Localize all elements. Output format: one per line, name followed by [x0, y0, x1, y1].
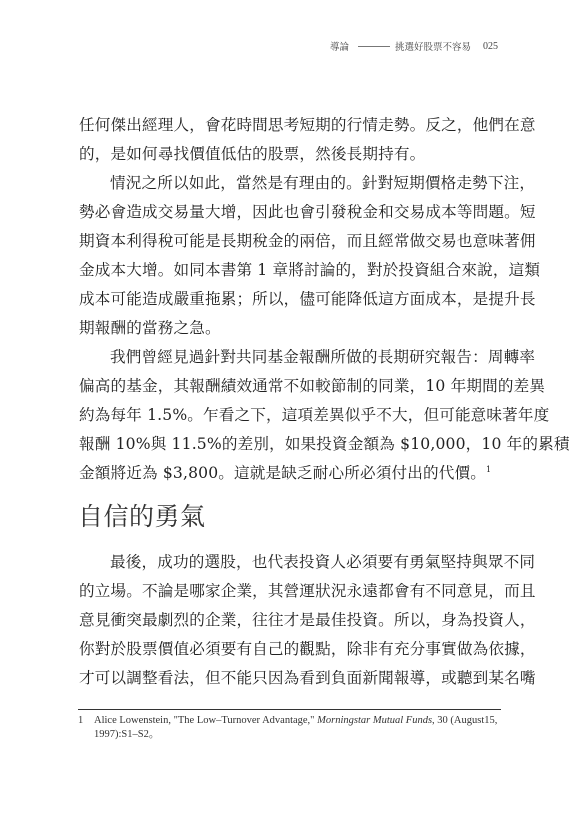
running-head-chapter: 導論	[330, 39, 349, 53]
text-line: 勢必會造成交易量大增，因此也會引發稅金和交易成本等問題。短	[79, 198, 503, 227]
text-line: 的立場。不論是哪家企業，其營運狀況永遠都會有不同意見，而且	[79, 577, 503, 606]
text-line-content: 期報酬的當務之急。	[79, 319, 221, 337]
text-line: 我們曾經見過針對共同基金報酬所做的長期研究報告：周轉率	[79, 343, 503, 372]
text-line-content: 情況之所以如此，當然是有理由的。針對短期價格走勢下注，	[110, 174, 535, 192]
footnote-line-1: 1Alice Lowenstein, "The Low–Turnover Adv…	[78, 714, 502, 728]
text-line: 金成本大增。如同本書第 1 章將討論的，對於投資組合來說，這類	[79, 256, 503, 285]
text-line-content: 任何傑出經理人，會花時間思考短期的行情走勢。反之，他們在意	[79, 116, 536, 134]
text-line-content: 的，是如何尋找價值低估的股票，然後長期持有。	[79, 145, 425, 163]
text-line-content: 你對於股票價值必須要有自己的觀點，除非有充分事實做為依據，	[79, 640, 536, 658]
text-line: 的，是如何尋找價值低估的股票，然後長期持有。	[79, 140, 503, 169]
running-head-dash	[358, 46, 390, 47]
running-head: 導論 挑選好股票不容易 025	[330, 38, 530, 54]
text-line-content: 約為每年 1.5%。乍看之下，這項差異似乎不大，但可能意味著年度	[79, 406, 549, 424]
footnote-text-after: , 30 (August15,	[432, 715, 497, 726]
text-line-content: 報酬 10%與 11.5%的差別，如果投資金額為 $10,000，10 年的累積	[79, 435, 570, 453]
footnote: 1Alice Lowenstein, "The Low–Turnover Adv…	[78, 714, 502, 742]
text-line: 期報酬的當務之急。	[79, 314, 503, 343]
footnote-divider	[78, 709, 501, 710]
footnote-reference[interactable]: 1	[486, 465, 491, 474]
text-line-content: 最後，成功的選股，也代表投資人必須要有勇氣堅持與眾不同	[110, 553, 535, 571]
text-line: 成本可能造成嚴重拖累；所以，儘可能降低這方面成本，是提升長	[79, 285, 503, 314]
section-heading: 自信的勇氣	[78, 497, 206, 533]
running-head-title: 挑選好股票不容易	[395, 39, 471, 53]
text-line-content: 成本可能造成嚴重拖累；所以，儘可能降低這方面成本，是提升長	[79, 290, 536, 308]
text-line: 偏高的基金，其報酬績效通常不如較節制的同業，10 年期間的差異	[79, 372, 503, 401]
text-line: 任何傑出經理人，會花時間思考短期的行情走勢。反之，他們在意	[79, 111, 503, 140]
text-line-content: 金額將近為 $3,800。這就是缺乏耐心所必須付出的代價。	[79, 464, 486, 482]
text-line: 金額將近為 $3,800。這就是缺乏耐心所必須付出的代價。1	[79, 459, 503, 488]
text-line-content: 金成本大增。如同本書第 1 章將討論的，對於投資組合來說，這類	[79, 261, 540, 279]
text-line: 你對於股票價值必須要有自己的觀點，除非有充分事實做為依據，	[79, 635, 503, 664]
text-line-content: 我們曾經見過針對共同基金報酬所做的長期研究報告：周轉率	[110, 348, 535, 366]
text-line: 報酬 10%與 11.5%的差別，如果投資金額為 $10,000，10 年的累積	[79, 430, 503, 459]
body-text-bottom: 最後，成功的選股，也代表投資人必須要有勇氣堅持與眾不同的立場。不論是哪家企業，其…	[79, 548, 503, 693]
text-line: 期資本利得稅可能是長期稅金的兩倍，而且經常做交易也意味著佣	[79, 227, 503, 256]
text-line-content: 才可以調整看法，但不能只因為看到負面新聞報導，或聽到某名嘴	[79, 669, 536, 687]
text-line-content: 期資本利得稅可能是長期稅金的兩倍，而且經常做交易也意味著佣	[79, 232, 536, 250]
text-line-content: 勢必會造成交易量大增，因此也會引發稅金和交易成本等問題。短	[79, 203, 536, 221]
text-line-content: 的立場。不論是哪家企業，其營運狀況永遠都會有不同意見，而且	[79, 582, 536, 600]
text-line-content: 意見衝突最劇烈的企業，往往才是最佳投資。所以，身為投資人，	[79, 611, 536, 629]
text-line: 情況之所以如此，當然是有理由的。針對短期價格走勢下注，	[79, 169, 503, 198]
footnote-number: 1	[78, 714, 94, 728]
page-number: 025	[483, 41, 498, 52]
text-line-content: 偏高的基金，其報酬績效通常不如較節制的同業，10 年期間的差異	[79, 377, 545, 395]
text-line: 意見衝突最劇烈的企業，往往才是最佳投資。所以，身為投資人，	[79, 606, 503, 635]
footnote-text: Alice Lowenstein, "The Low–Turnover Adva…	[94, 715, 317, 726]
text-line: 約為每年 1.5%。乍看之下，這項差異似乎不大，但可能意味著年度	[79, 401, 503, 430]
footnote-line-2: 1997):S1–S2。	[78, 728, 502, 742]
footnote-source-title: Morningstar Mutual Funds	[317, 715, 432, 726]
text-line: 才可以調整看法，但不能只因為看到負面新聞報導，或聽到某名嘴	[79, 664, 503, 693]
body-text-top: 任何傑出經理人，會花時間思考短期的行情走勢。反之，他們在意的，是如何尋找價值低估…	[79, 111, 503, 488]
text-line: 最後，成功的選股，也代表投資人必須要有勇氣堅持與眾不同	[79, 548, 503, 577]
